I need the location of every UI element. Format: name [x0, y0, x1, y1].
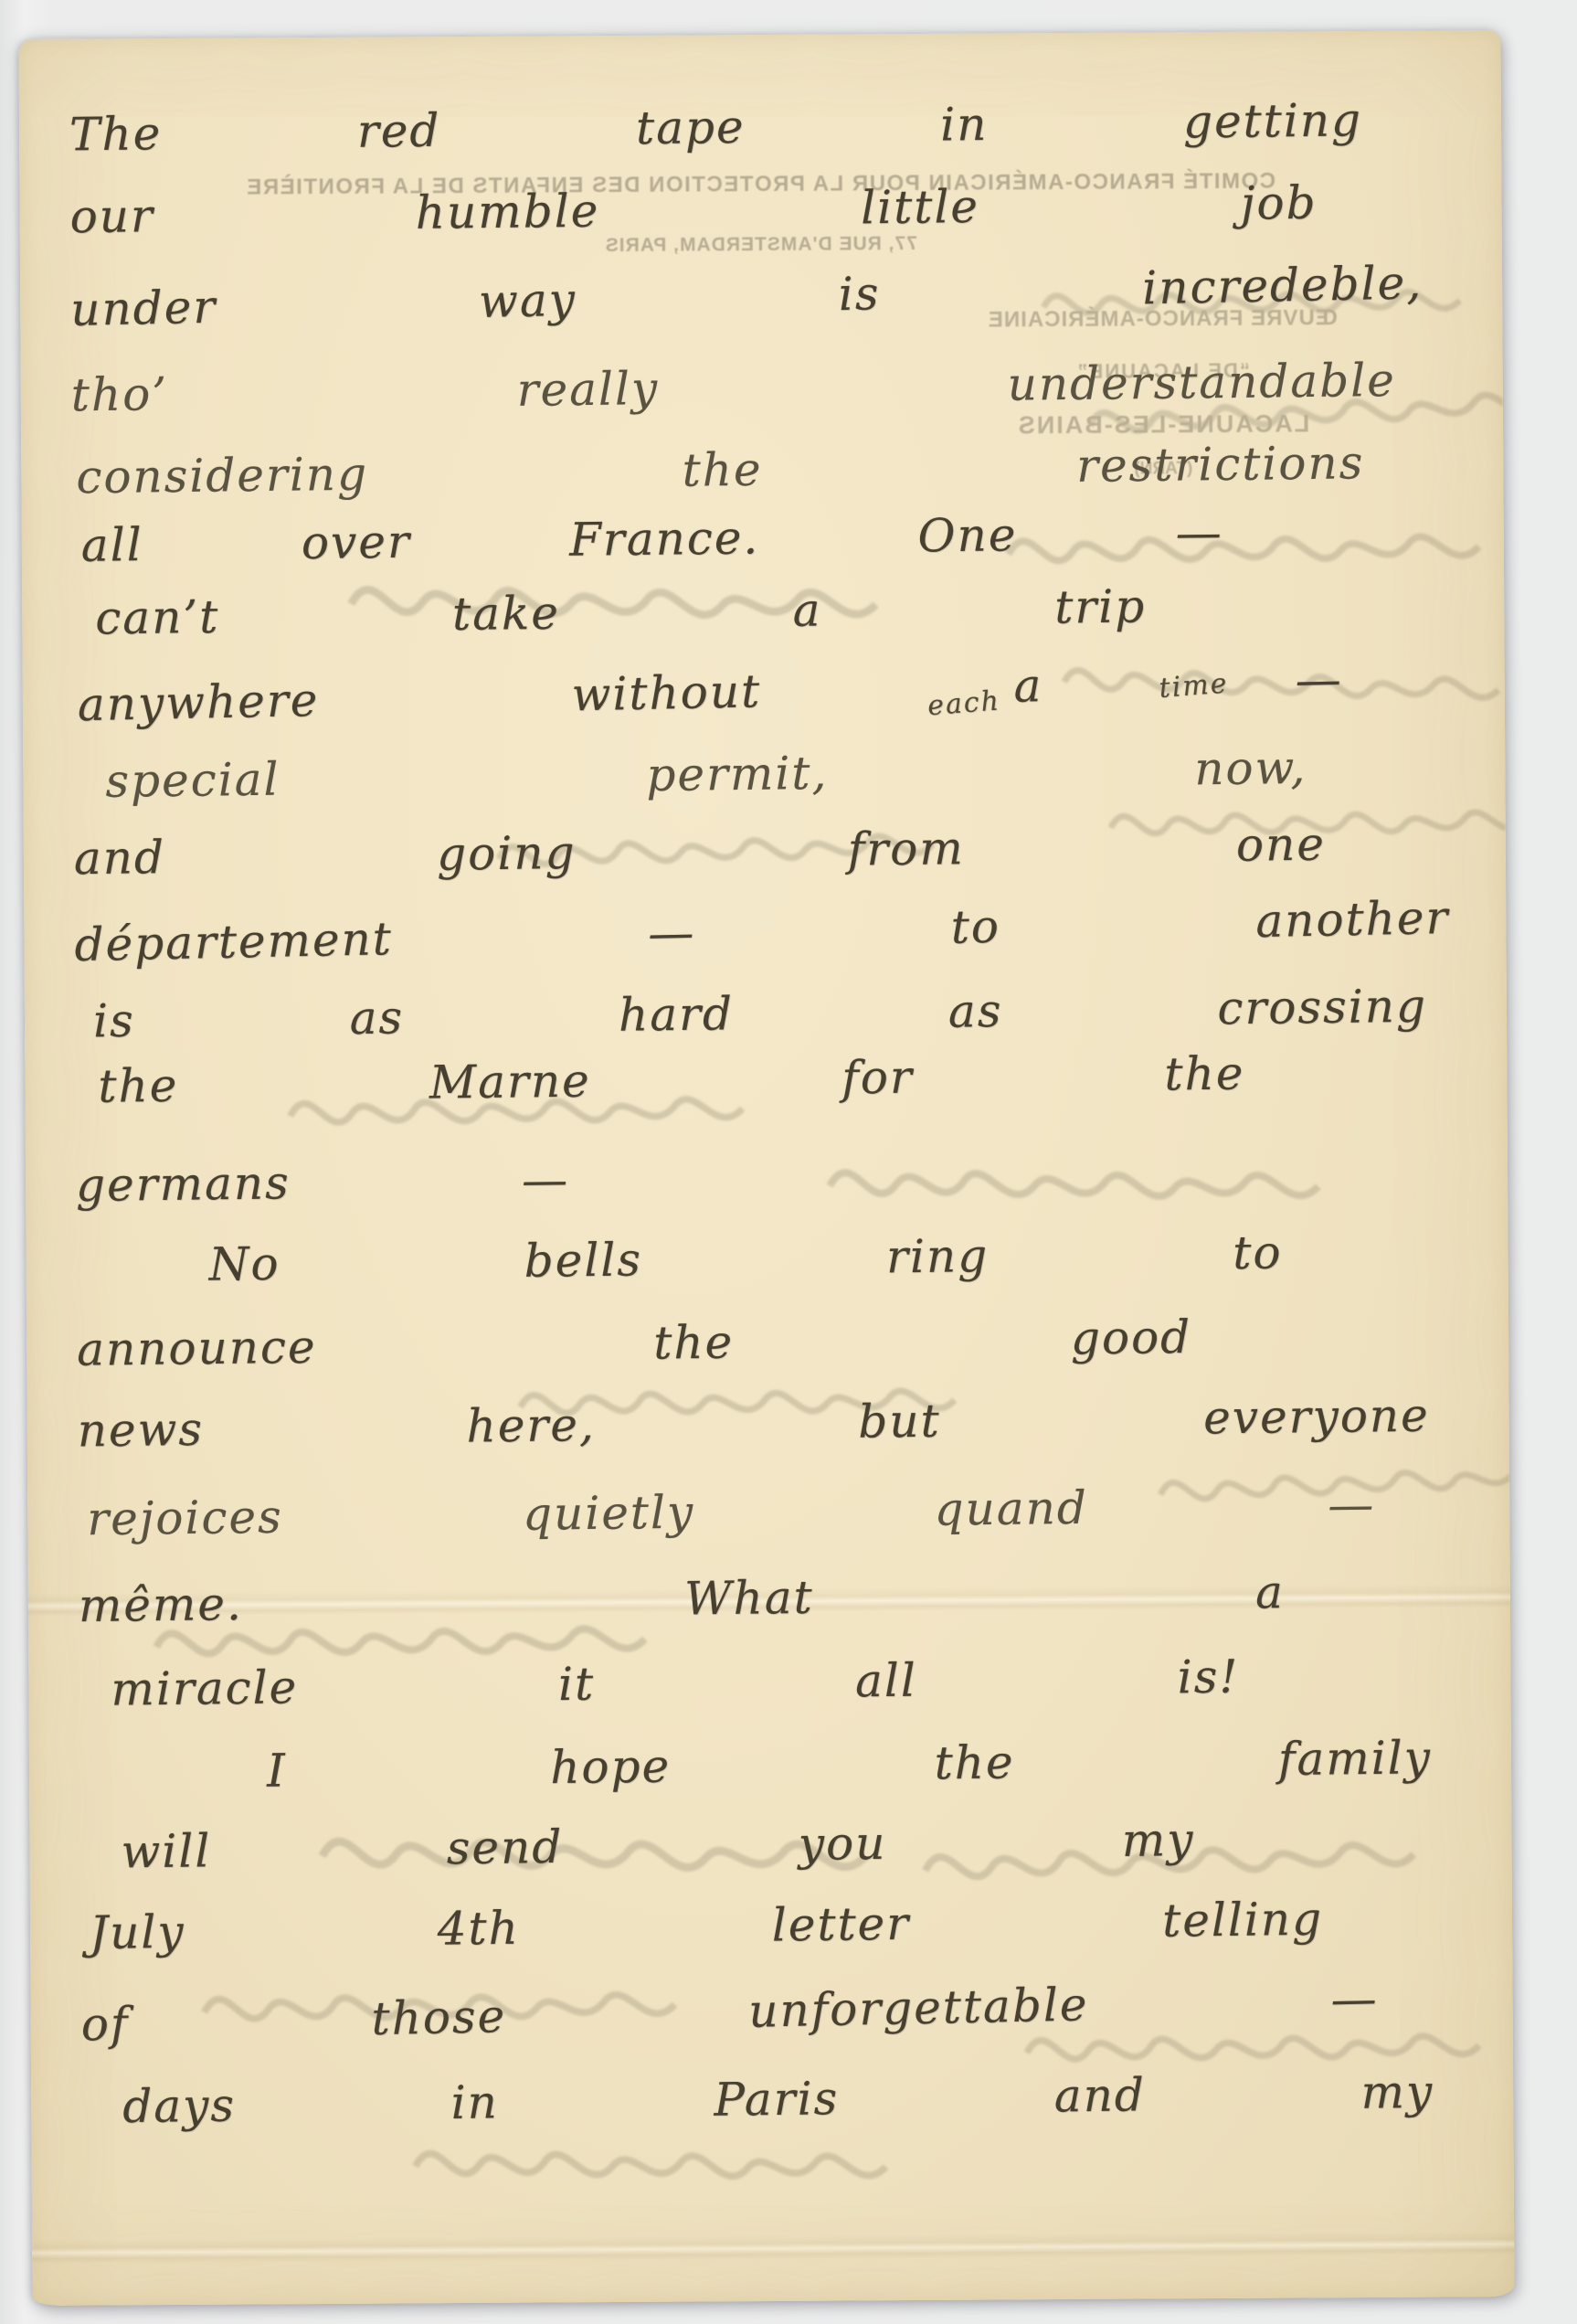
- letter-line-23: July 4th letter telling: [90, 1891, 1324, 1962]
- bottom-fold-crease: [32, 2231, 1514, 2264]
- letter-line-20: miracle it all is!: [111, 1649, 1240, 1719]
- letter-line-1: The red tape in getting: [69, 91, 1363, 164]
- letter-line-10: and going from one: [74, 816, 1327, 887]
- letter-line-21: I hope the family: [267, 1729, 1433, 1799]
- letter-line-12: is as hard as crossing: [93, 978, 1428, 1050]
- letter-line-14: germans —: [76, 1151, 570, 1215]
- letter-line-7: can’t take a trip: [95, 578, 1147, 647]
- letter-page: COMITÉ FRANCO-AMÉRICAIN POUR LA PROTECTI…: [18, 30, 1514, 2306]
- letter-line-22: will send you my: [121, 1811, 1195, 1881]
- letter-line-5: considering the restrictions: [76, 434, 1365, 505]
- letter-line-9: special permit, now,: [105, 739, 1307, 810]
- letter-line-24: of those unforgettable —: [80, 1970, 1379, 2053]
- letter-line-16: announce the good: [77, 1309, 1192, 1378]
- letter-line-15: No bells ring to: [208, 1224, 1283, 1293]
- scanned-letter: { "colors": { "background": "#ebecec", "…: [0, 0, 1577, 2324]
- letter-line-13: the Marne for the: [98, 1045, 1245, 1116]
- letter-line-25: days in Paris and my: [122, 2064, 1434, 2136]
- letter-line-6: all over France. One —: [80, 504, 1223, 575]
- letter-line-18: rejoices quietly quand —: [87, 1476, 1376, 1547]
- letter-line-11: département — to another: [74, 889, 1450, 974]
- letter-line-17: news here, but everyone: [77, 1387, 1430, 1459]
- letter-line-19: même. What a: [79, 1564, 1286, 1634]
